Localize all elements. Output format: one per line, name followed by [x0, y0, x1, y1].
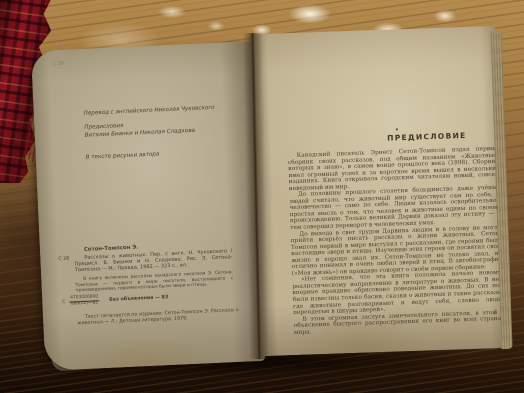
catalog-index-code: С 28 [58, 257, 69, 262]
catalog-author-heading: Сетон-Томпсон Э. [84, 244, 139, 252]
annotation-text: В книгу включены рассказы канадского пис… [75, 270, 234, 294]
right-page: ПРЕДИСЛОВИЕ Канадский писатель Эрнест Се… [249, 26, 508, 356]
preface-paragraph-3: До выхода в свет трудов Дарвина людям и … [290, 224, 502, 277]
preface-title: ПРЕДИСЛОВИЕ [387, 131, 467, 143]
left-page: С 28 Перевод с английского Николая Чуков… [31, 41, 265, 371]
catalog-code-block: С 4703000000 080(02)—82 Без объявления —… [62, 292, 168, 307]
preface-text: Канадский писатель Эрнест Сетон-Томпсон … [288, 146, 505, 337]
catalog-note: Без объявления — 83 [109, 295, 168, 303]
ink-speck [396, 128, 398, 130]
catalog-fraction: 4703000000 080(02)—82 [69, 295, 99, 307]
imprint-note: Текст печатается по изданию: Сетон-Томпс… [77, 308, 239, 328]
edition-notes: Перевод с английского Николая Чуковского… [84, 104, 236, 162]
catalog-prefix: С [62, 300, 65, 305]
open-book-photo: С 28 Перевод с английского Николая Чуков… [0, 0, 524, 393]
page-number: 3 [493, 309, 497, 316]
pencil-mark: С 28 [53, 61, 64, 67]
catalog-denominator: 080(02)—82 [69, 301, 99, 307]
